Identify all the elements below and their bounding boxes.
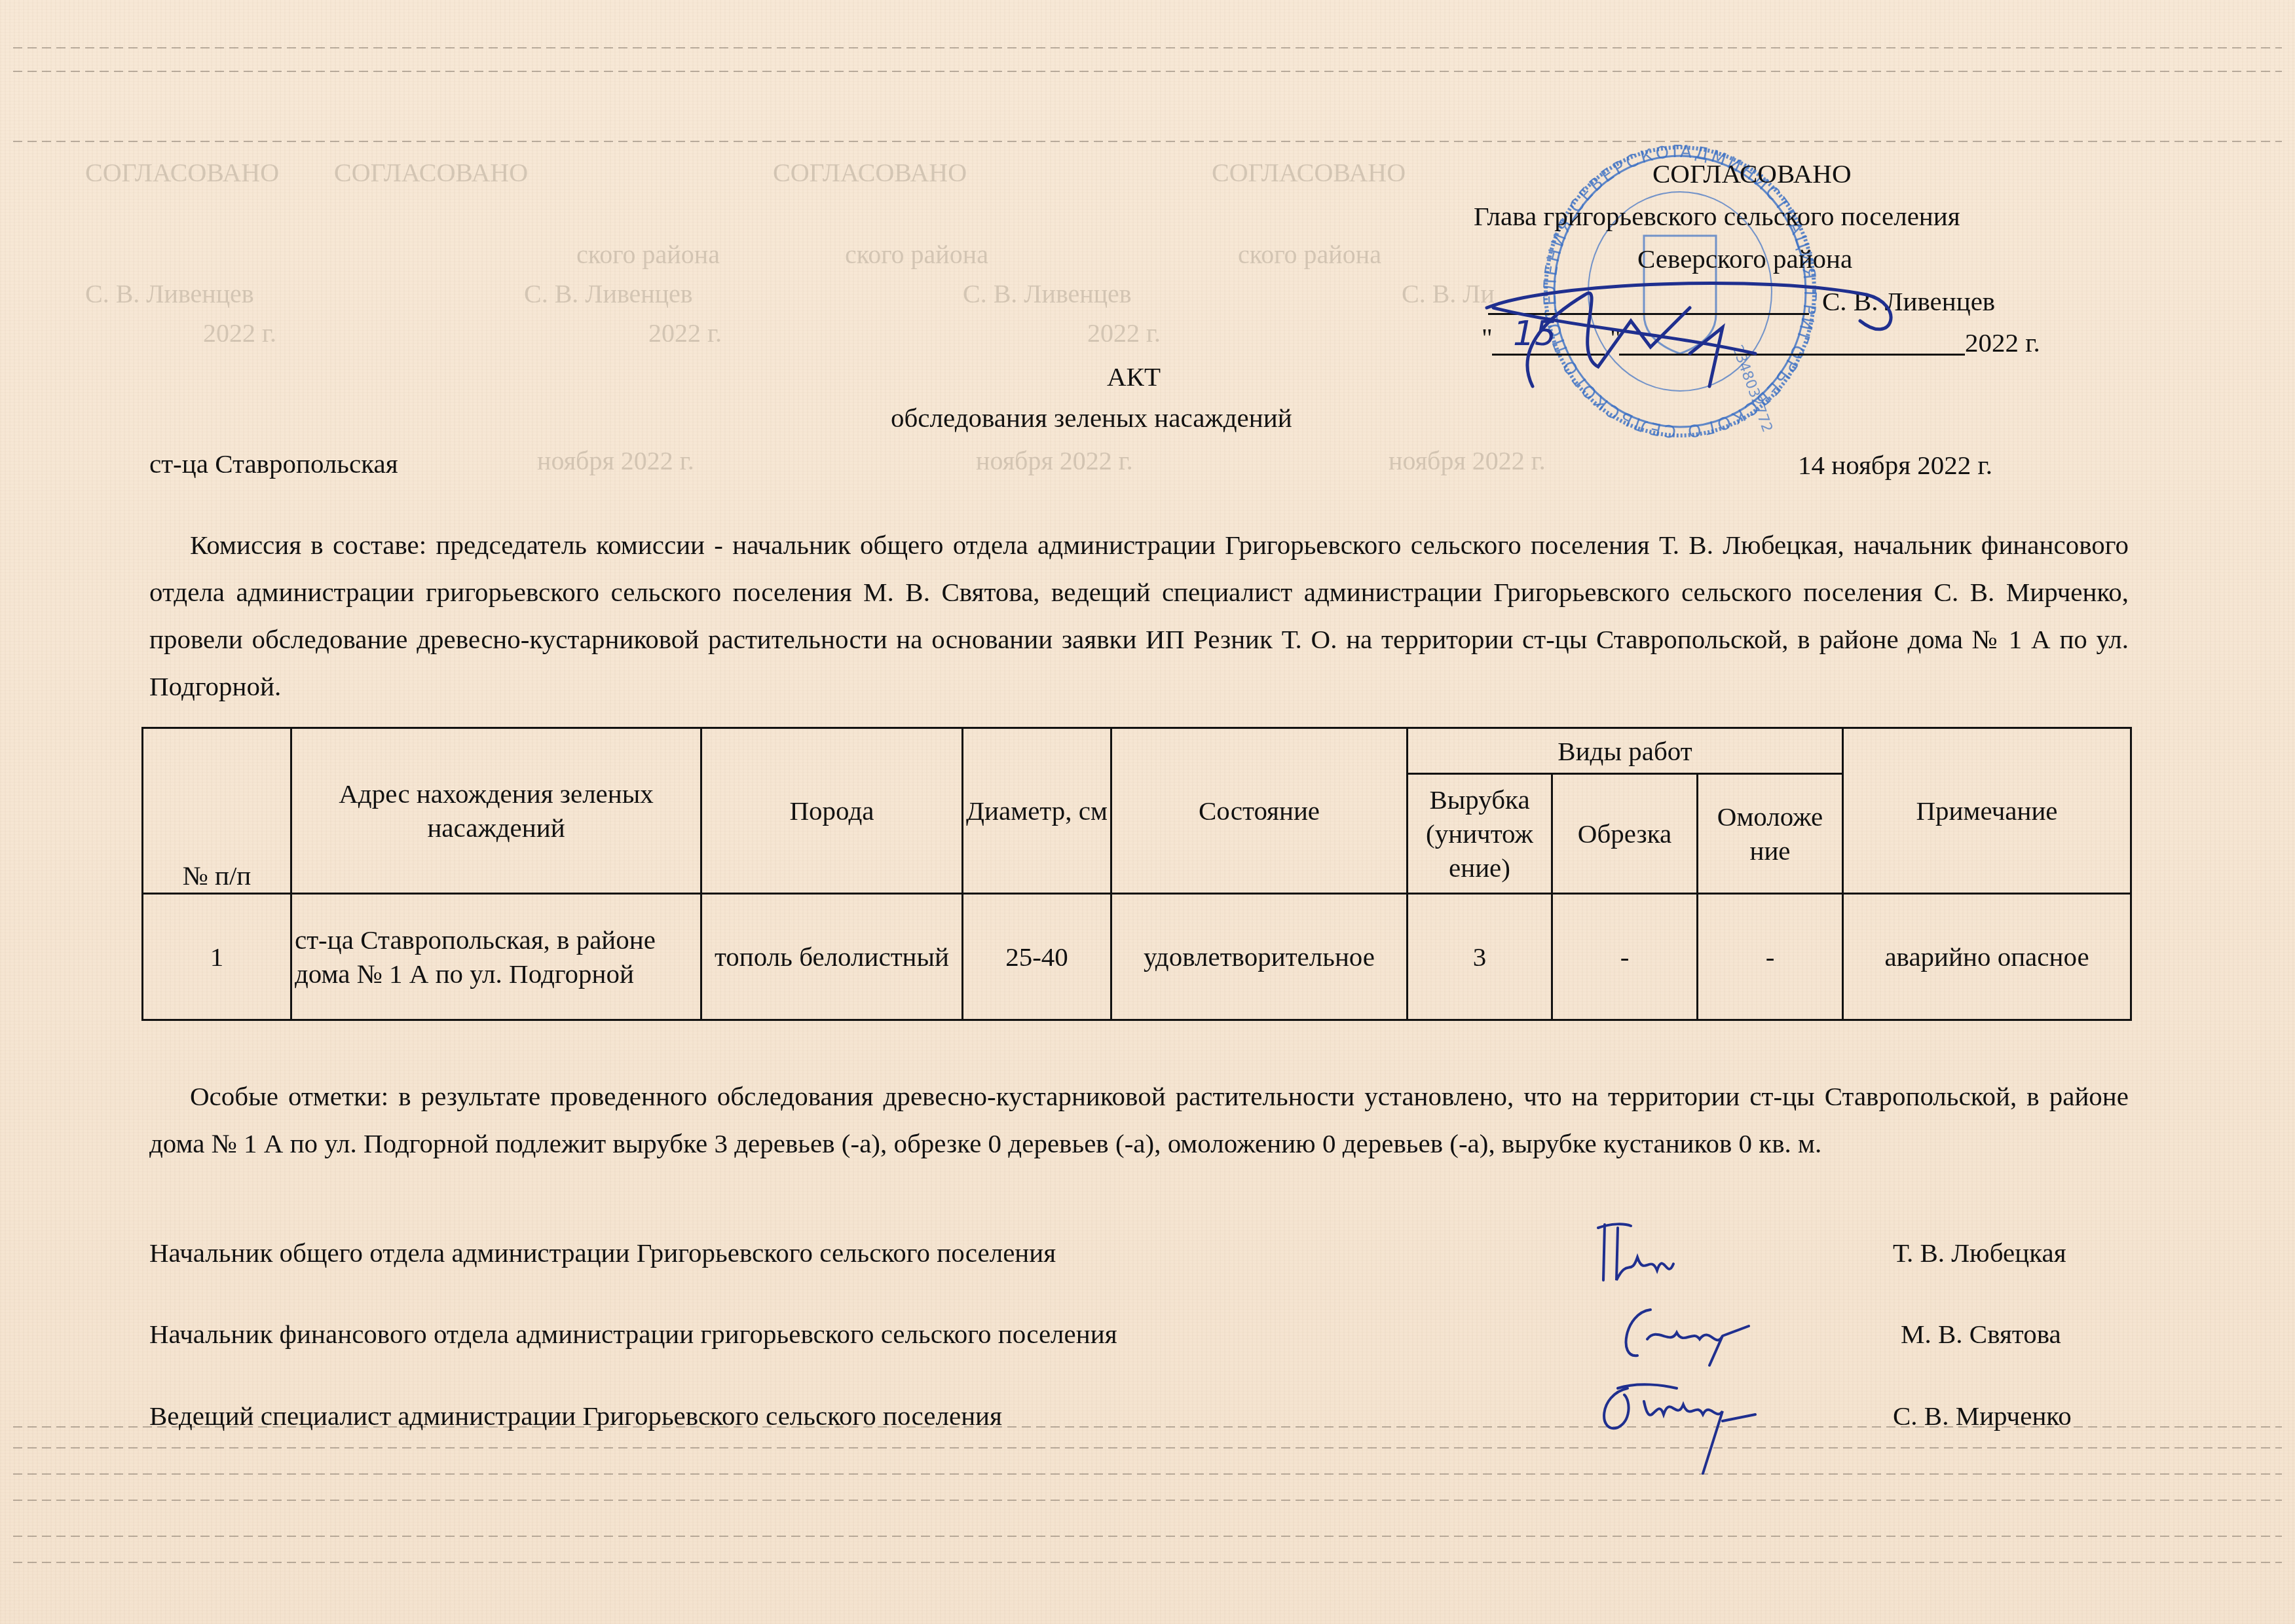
header-rejuvenation: Омоложе ние (1698, 774, 1843, 894)
ghost-approval: СОГЛАСОВАНО (85, 157, 279, 188)
cell-note: аварийно опасное (1843, 894, 2131, 1020)
head-signature (1474, 255, 1945, 413)
cell-species: тополь белолистный (701, 894, 963, 1020)
document-subtitle: обследования зеленых насаждений (891, 405, 1292, 432)
cell-diameter: 25-40 (963, 894, 1111, 1020)
signature-mirchenko (1592, 1375, 1762, 1480)
ghost-date: ноября 2022 г. (537, 445, 694, 476)
ghost-approval: СОГЛАСОВАНО (1212, 157, 1406, 188)
cell-pruning: - (1552, 894, 1698, 1020)
signature-svyatova (1611, 1300, 1755, 1372)
header-pruning: Обрезка (1552, 774, 1698, 894)
ghost-date: ноября 2022 г. (976, 445, 1133, 476)
ghost-name: С. В. Ливенцев (963, 278, 1132, 309)
header-diameter: Диаметр, см (963, 728, 1111, 894)
ghost-name: С. В. Ливенцев (85, 278, 254, 309)
document-date: 14 ноября 2022 г. (1798, 452, 1992, 479)
approval-year: 2022 г. (1965, 329, 2040, 356)
signature-lyubetskaya (1592, 1218, 1709, 1290)
signer-name: С. В. Мирченко (1893, 1403, 2072, 1430)
survey-table: № п/п Адрес нахождения зеленых насаждени… (141, 727, 2132, 1021)
approval-position-line1: Глава григорьевского сельского поселения (1474, 203, 1960, 230)
header-num: № п/п (143, 728, 291, 894)
ghost-district: ского района (1238, 239, 1381, 270)
header-work-types: Виды работ (1408, 728, 1843, 774)
header-address: Адрес нахождения зеленых насаждений (291, 728, 701, 894)
signer-name: М. В. Святова (1901, 1321, 2061, 1348)
ghost-approval: СОГЛАСОВАНО (334, 157, 528, 188)
document-title: АКТ (1107, 363, 1161, 390)
special-notes: Особые отметки: в результате проведенног… (149, 1073, 2129, 1167)
ghost-year: 2022 г. (1087, 318, 1161, 348)
signer-name: Т. В. Любецкая (1893, 1240, 2066, 1266)
header-felling: Вырубка (уничтож ение) (1408, 774, 1552, 894)
cell-num: 1 (143, 894, 291, 1020)
document-place: ст-ца Ставропольская (149, 451, 398, 477)
ghost-name: С. В. Ливенцев (524, 278, 693, 309)
ghost-year: 2022 г. (648, 318, 722, 348)
cell-rejuvenation: - (1698, 894, 1843, 1020)
ghost-district: ского района (576, 239, 720, 270)
intro-paragraph: Комиссия в составе: председатель комисси… (149, 521, 2129, 710)
signer-position: Ведещий специалист администрации Григорь… (149, 1403, 1002, 1430)
cell-condition: удовлетворительное (1111, 894, 1408, 1020)
table-row: 1 ст-ца Ставропольская, в районе дома № … (143, 894, 2131, 1020)
header-note: Примечание (1843, 728, 2131, 894)
ghost-approval: СОГЛАСОВАНО (773, 157, 967, 188)
ghost-date: ноября 2022 г. (1389, 445, 1546, 476)
cell-felling: 3 (1408, 894, 1552, 1020)
cell-address: ст-ца Ставропольская, в районе дома № 1 … (291, 894, 701, 1020)
header-species: Порода (701, 728, 963, 894)
approval-heading: СОГЛАСОВАНО (1652, 160, 1852, 187)
header-condition: Состояние (1111, 728, 1408, 894)
ghost-year: 2022 г. (203, 318, 276, 348)
ghost-district: ского района (845, 239, 988, 270)
signer-position: Начальник общего отдела администрации Гр… (149, 1240, 1056, 1266)
signer-position: Начальник финансового отдела администрац… (149, 1321, 1117, 1348)
